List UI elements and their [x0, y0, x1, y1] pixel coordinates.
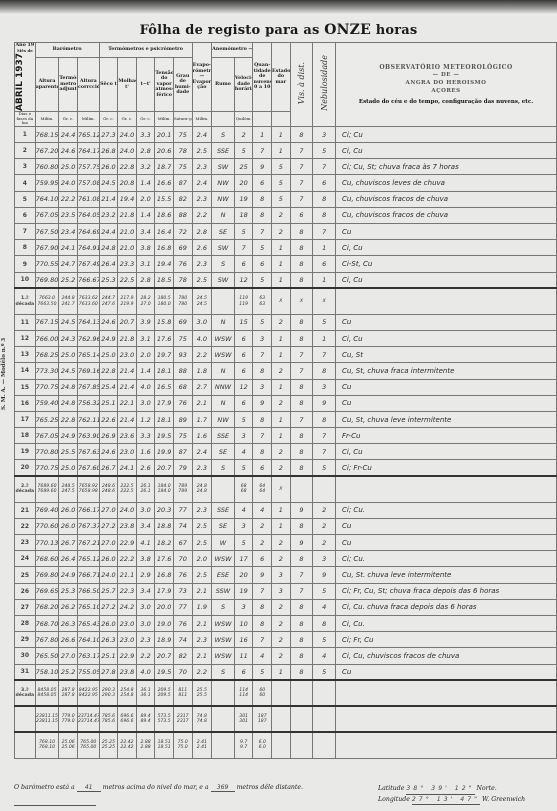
- summary-v1[interactable]: [290, 476, 313, 502]
- cell-corr[interactable]: 764.17: [77, 143, 99, 159]
- cell-clouds[interactable]: 2: [253, 535, 272, 551]
- cell-dry[interactable]: 27.8: [99, 664, 118, 680]
- cell-corr[interactable]: 761.08: [77, 191, 99, 207]
- observation-cell[interactable]: Ci, Cu: [336, 330, 557, 346]
- cell-v2[interactable]: 7: [313, 347, 336, 363]
- cell-tadj[interactable]: 25.2: [59, 272, 78, 288]
- cell-tadj[interactable]: 25.0: [59, 460, 78, 476]
- observation-cell[interactable]: Ci; Cu.: [336, 551, 557, 567]
- cell-dry[interactable]: 27.0: [99, 502, 118, 518]
- cell-hum[interactable]: 67: [173, 535, 192, 551]
- summary-evap[interactable]: 2.412.41: [192, 732, 212, 758]
- cell-clouds[interactable]: 5: [253, 314, 272, 330]
- cell-vel[interactable]: 20: [234, 567, 253, 583]
- observation-cell[interactable]: Cu, St, chuva leve intermitente: [336, 411, 557, 427]
- observation-cell[interactable]: Ci; Fr-Cu: [336, 460, 557, 476]
- cell-sea[interactable]: 1: [272, 272, 291, 288]
- summary-v1[interactable]: [290, 680, 313, 706]
- cell-sea[interactable]: 1: [272, 428, 291, 444]
- cell-vel[interactable]: 17: [234, 551, 253, 567]
- cell-v2[interactable]: 5: [313, 143, 336, 159]
- cell-v1[interactable]: 8: [290, 664, 313, 680]
- cell-alt[interactable]: 766.00: [35, 330, 59, 346]
- observation-cell[interactable]: Ci-St, Cu: [336, 256, 557, 272]
- cell-diff[interactable]: 3.4: [136, 583, 155, 599]
- cell-diff[interactable]: 4.0: [136, 664, 155, 680]
- cell-dir[interactable]: WSW: [212, 551, 235, 567]
- cell-v2[interactable]: 5: [313, 460, 336, 476]
- cell-dir[interactable]: SE: [212, 518, 235, 534]
- cell-evap[interactable]: 2.3: [192, 632, 212, 648]
- cell-v1[interactable]: 7: [290, 411, 313, 427]
- cell-tadj[interactable]: 27.0: [59, 648, 78, 664]
- cell-clouds[interactable]: 7: [253, 632, 272, 648]
- observation-cell[interactable]: Cu: [336, 314, 557, 330]
- summary-wet[interactable]: 222.5222.5: [118, 476, 137, 502]
- summary-v1[interactable]: [290, 706, 313, 732]
- cell-v1[interactable]: 7: [290, 347, 313, 363]
- cell-corr[interactable]: 769.16: [77, 363, 99, 379]
- cell-dry[interactable]: 24.5: [99, 175, 118, 191]
- cell-hum[interactable]: 79: [173, 460, 192, 476]
- cell-vel[interactable]: 15: [234, 314, 253, 330]
- summary-corr[interactable]: 7658.927658.98: [77, 476, 99, 502]
- summary-evap[interactable]: 25.525.5: [192, 680, 212, 706]
- observation-cell[interactable]: Ci, Cu: [336, 444, 557, 460]
- cell-v2[interactable]: 3: [313, 551, 336, 567]
- summary-v1[interactable]: [290, 732, 313, 758]
- observation-cell[interactable]: Cu: [336, 518, 557, 534]
- cell-diff[interactable]: 2.3: [136, 632, 155, 648]
- cell-tadj[interactable]: 24.1: [59, 240, 78, 256]
- cell-corr[interactable]: 767.60: [77, 460, 99, 476]
- cell-wet[interactable]: 21.0: [118, 224, 137, 240]
- cell-dir[interactable]: SSE: [212, 428, 235, 444]
- cell-vap[interactable]: 15.8: [155, 314, 174, 330]
- cell-diff[interactable]: 1.6: [136, 444, 155, 460]
- cell-vap[interactable]: 16.6: [155, 175, 174, 191]
- cell-corr[interactable]: 766.17: [77, 502, 99, 518]
- cell-corr[interactable]: 762.11: [77, 411, 99, 427]
- summary-dry[interactable]: 25.2525.25: [99, 732, 118, 758]
- cell-evap[interactable]: 2.3: [192, 256, 212, 272]
- cell-wet[interactable]: 21.8: [118, 330, 137, 346]
- cell-dir[interactable]: NNW: [212, 379, 235, 395]
- cell-sea[interactable]: 1: [272, 240, 291, 256]
- cell-diff[interactable]: 3.1: [136, 256, 155, 272]
- summary-dir[interactable]: [212, 680, 235, 706]
- cell-dir[interactable]: WSW: [212, 347, 235, 363]
- cell-sea[interactable]: 1: [272, 347, 291, 363]
- summary-diff[interactable]: 2.882.88: [136, 732, 155, 758]
- summary-hum[interactable]: 23172317: [173, 706, 192, 732]
- cell-corr[interactable]: 767.37: [77, 518, 99, 534]
- cell-alt[interactable]: 759.95: [35, 175, 59, 191]
- cell-vap[interactable]: 18.5: [155, 272, 174, 288]
- baro-distance-field[interactable]: 369: [211, 784, 235, 792]
- summary-clouds[interactable]: 6464: [253, 476, 272, 502]
- cell-alt[interactable]: 767.05: [35, 428, 59, 444]
- cell-evap[interactable]: 2.5: [192, 272, 212, 288]
- cell-tadj[interactable]: 25.3: [59, 583, 78, 599]
- cell-dry[interactable]: 24.6: [99, 444, 118, 460]
- cell-diff[interactable]: 3.2: [136, 159, 155, 175]
- cell-corr[interactable]: 767.49: [77, 256, 99, 272]
- summary-hum[interactable]: 811811: [173, 680, 192, 706]
- summary-clouds[interactable]: 6363: [253, 288, 272, 314]
- summary-vap[interactable]: 180.5180.0: [155, 288, 174, 314]
- cell-vap[interactable]: 18.6: [155, 207, 174, 223]
- baro-height-field[interactable]: 41: [77, 784, 101, 792]
- cell-clouds[interactable]: 6: [253, 551, 272, 567]
- cell-corr[interactable]: 764.10: [77, 632, 99, 648]
- cell-diff[interactable]: 2.2: [136, 648, 155, 664]
- cell-dry[interactable]: 25.3: [99, 272, 118, 288]
- cell-evap[interactable]: 1.7: [192, 411, 212, 427]
- cell-v1[interactable]: 8: [290, 648, 313, 664]
- cell-evap[interactable]: 4.0: [192, 330, 212, 346]
- observation-cell[interactable]: [336, 288, 557, 314]
- cell-wet[interactable]: 23.6: [118, 428, 137, 444]
- cell-vel[interactable]: 6: [234, 664, 253, 680]
- cell-vap[interactable]: 19.5: [155, 664, 174, 680]
- cell-alt[interactable]: 760.80: [35, 159, 59, 175]
- cell-dry[interactable]: 26.0: [99, 159, 118, 175]
- cell-dir[interactable]: SSE: [212, 502, 235, 518]
- summary-tadj[interactable]: 779.0779.0: [59, 706, 78, 732]
- cell-dry[interactable]: 22.8: [99, 363, 118, 379]
- cell-dir[interactable]: SSE: [212, 143, 235, 159]
- cell-sea[interactable]: 2: [272, 207, 291, 223]
- cell-v2[interactable]: 9: [313, 567, 336, 583]
- cell-diff[interactable]: 2.8: [136, 272, 155, 288]
- cell-clouds[interactable]: 7: [253, 224, 272, 240]
- cell-tadj[interactable]: 25.0: [59, 159, 78, 175]
- cell-hum[interactable]: 75: [173, 330, 192, 346]
- cell-clouds[interactable]: 7: [253, 428, 272, 444]
- cell-hum[interactable]: 76: [173, 395, 192, 411]
- cell-v1[interactable]: 8: [290, 314, 313, 330]
- cell-clouds[interactable]: 3: [253, 330, 272, 346]
- cell-clouds[interactable]: 7: [253, 583, 272, 599]
- cell-v1[interactable]: 8: [290, 330, 313, 346]
- summary-tadj[interactable]: 248.5247.5: [59, 476, 78, 502]
- cell-v1[interactable]: 8: [290, 126, 313, 142]
- cell-vap[interactable]: 18.8: [155, 518, 174, 534]
- cell-v1[interactable]: 9: [290, 535, 313, 551]
- observation-cell[interactable]: Cu: [336, 664, 557, 680]
- cell-dry[interactable]: 24.6: [99, 314, 118, 330]
- cell-evap[interactable]: 2.3: [192, 460, 212, 476]
- cell-diff[interactable]: 3.3: [136, 126, 155, 142]
- summary-hum[interactable]: 780780: [173, 288, 192, 314]
- summary-alt[interactable]: 23811.1523811.15: [35, 706, 59, 732]
- cell-vap[interactable]: 20.7: [155, 460, 174, 476]
- cell-v2[interactable]: 5: [313, 314, 336, 330]
- cell-evap[interactable]: 2.2: [192, 207, 212, 223]
- cell-corr[interactable]: 756.32: [77, 395, 99, 411]
- cell-dry[interactable]: 25.7: [99, 583, 118, 599]
- cell-alt[interactable]: 768.25: [35, 347, 59, 363]
- cell-tadj[interactable]: 24.4: [59, 126, 78, 142]
- cell-v1[interactable]: 8: [290, 632, 313, 648]
- cell-tadj[interactable]: 25.5: [59, 444, 78, 460]
- cell-wet[interactable]: 21.4: [118, 379, 137, 395]
- cell-dry[interactable]: 27.0: [99, 535, 118, 551]
- cell-tadj[interactable]: 26.6: [59, 632, 78, 648]
- cell-sea[interactable]: 2: [272, 648, 291, 664]
- cell-diff[interactable]: 3.8: [136, 551, 155, 567]
- summary-alt[interactable]: 7689.607689.60: [35, 476, 59, 502]
- cell-vap[interactable]: 19.5: [155, 428, 174, 444]
- cell-vap[interactable]: 16.5: [155, 379, 174, 395]
- cell-vap[interactable]: 20.1: [155, 126, 174, 142]
- cell-v2[interactable]: 3: [313, 379, 336, 395]
- cell-clouds[interactable]: 1: [253, 126, 272, 142]
- cell-wet[interactable]: 24.0: [118, 126, 137, 142]
- cell-evap[interactable]: 2.1: [192, 615, 212, 631]
- cell-v2[interactable]: 8: [313, 191, 336, 207]
- cell-alt[interactable]: 770.75: [35, 379, 59, 395]
- cell-wet[interactable]: 24.1: [118, 460, 137, 476]
- summary-v1[interactable]: X: [290, 288, 313, 314]
- cell-alt[interactable]: 770.55: [35, 256, 59, 272]
- cell-tadj[interactable]: 24.8: [59, 395, 78, 411]
- cell-v2[interactable]: 2: [313, 518, 336, 534]
- summary-vel[interactable]: 119119: [234, 288, 253, 314]
- cell-evap[interactable]: 2.1: [192, 583, 212, 599]
- cell-sea[interactable]: 5: [272, 159, 291, 175]
- cell-evap[interactable]: 1.8: [192, 363, 212, 379]
- cell-clouds[interactable]: 8: [253, 615, 272, 631]
- cell-alt[interactable]: 767.05: [35, 207, 59, 223]
- cell-v1[interactable]: 7: [290, 175, 313, 191]
- cell-diff[interactable]: 2.0: [136, 191, 155, 207]
- cell-hum[interactable]: 77: [173, 599, 192, 615]
- cell-evap[interactable]: 2.0: [192, 551, 212, 567]
- cell-sea[interactable]: 5: [272, 175, 291, 191]
- cell-v1[interactable]: 6: [290, 207, 313, 223]
- cell-v1[interactable]: 7: [290, 567, 313, 583]
- cell-evap[interactable]: 2.3: [192, 502, 212, 518]
- cell-hum[interactable]: 87: [173, 444, 192, 460]
- cell-v2[interactable]: 5: [313, 583, 336, 599]
- summary-hum[interactable]: 75.075.0: [173, 732, 192, 758]
- cell-evap[interactable]: 2.4: [192, 126, 212, 142]
- cell-sea[interactable]: 1: [272, 502, 291, 518]
- cell-tadj[interactable]: 24.7: [59, 256, 78, 272]
- cell-hum[interactable]: 75: [173, 126, 192, 142]
- cell-vap[interactable]: 19.9: [155, 444, 174, 460]
- cell-vel[interactable]: 20: [234, 175, 253, 191]
- cell-dry[interactable]: 24.9: [99, 330, 118, 346]
- cell-vel[interactable]: 3: [234, 518, 253, 534]
- cell-vap[interactable]: 18.9: [155, 632, 174, 648]
- summary-v2[interactable]: [313, 680, 336, 706]
- cell-hum[interactable]: 76: [173, 256, 192, 272]
- cell-v2[interactable]: 2: [313, 535, 336, 551]
- cell-dry[interactable]: 24.4: [99, 224, 118, 240]
- cell-vel[interactable]: 12: [234, 379, 253, 395]
- cell-vel[interactable]: 4: [234, 502, 253, 518]
- cell-diff[interactable]: 3.4: [136, 224, 155, 240]
- summary-sea[interactable]: X: [272, 288, 291, 314]
- cell-v1[interactable]: 7: [290, 191, 313, 207]
- cell-dir[interactable]: WSW: [212, 648, 235, 664]
- cell-evap[interactable]: 2.4: [192, 175, 212, 191]
- cell-v2[interactable]: 4: [313, 648, 336, 664]
- cell-v1[interactable]: 9: [290, 502, 313, 518]
- cell-corr[interactable]: 757.75: [77, 159, 99, 175]
- cell-tadj[interactable]: 24.5: [59, 363, 78, 379]
- cell-hum[interactable]: 87: [173, 175, 192, 191]
- cell-evap[interactable]: 2.7: [192, 379, 212, 395]
- cell-alt[interactable]: 770.13: [35, 535, 59, 551]
- cell-alt[interactable]: 769.80: [35, 272, 59, 288]
- cell-vap[interactable]: 15.5: [155, 191, 174, 207]
- cell-corr[interactable]: 765.10: [77, 599, 99, 615]
- summary-dry[interactable]: 290.3290.3: [99, 680, 118, 706]
- summary-wet[interactable]: 696.6696.6: [118, 706, 137, 732]
- cell-diff[interactable]: 1.4: [136, 363, 155, 379]
- summary-clouds[interactable]: 187187: [253, 706, 272, 732]
- cell-v2[interactable]: 5: [313, 664, 336, 680]
- cell-sea[interactable]: 1: [272, 143, 291, 159]
- cell-vel[interactable]: 6: [234, 363, 253, 379]
- cell-v1[interactable]: 8: [290, 224, 313, 240]
- cell-sea[interactable]: 2: [272, 314, 291, 330]
- cell-dry[interactable]: 27.3: [99, 126, 118, 142]
- cell-wet[interactable]: 20.7: [118, 314, 137, 330]
- cell-dir[interactable]: SE: [212, 444, 235, 460]
- cell-v1[interactable]: 8: [290, 551, 313, 567]
- cell-diff[interactable]: 2.8: [136, 143, 155, 159]
- summary-vel[interactable]: 6868: [234, 476, 253, 502]
- summary-sea[interactable]: X: [272, 476, 291, 502]
- cell-wet[interactable]: 22.5: [118, 272, 137, 288]
- cell-wet[interactable]: 23.8: [118, 664, 137, 680]
- cell-clouds[interactable]: 6: [253, 460, 272, 476]
- cell-evap[interactable]: 2.8: [192, 224, 212, 240]
- cell-dir[interactable]: N: [212, 363, 235, 379]
- cell-tadj[interactable]: 26.7: [59, 535, 78, 551]
- cell-sea[interactable]: 2: [272, 632, 291, 648]
- cell-dry[interactable]: 26.8: [99, 143, 118, 159]
- cell-wet[interactable]: 23.0: [118, 615, 137, 631]
- cell-v1[interactable]: 7: [290, 583, 313, 599]
- cell-evap[interactable]: 2.4: [192, 444, 212, 460]
- cell-vap[interactable]: 20.0: [155, 599, 174, 615]
- cell-vel[interactable]: 5: [234, 143, 253, 159]
- cell-v1[interactable]: 8: [290, 428, 313, 444]
- cell-dir[interactable]: S: [212, 256, 235, 272]
- observation-cell[interactable]: Ci, Cu: [336, 272, 557, 288]
- cell-vap[interactable]: 19.7: [155, 347, 174, 363]
- cell-hum[interactable]: 74: [173, 632, 192, 648]
- cell-clouds[interactable]: 2: [253, 518, 272, 534]
- summary-clouds[interactable]: 6060: [253, 680, 272, 706]
- cell-alt[interactable]: 765.50: [35, 648, 59, 664]
- cell-vel[interactable]: 4: [234, 444, 253, 460]
- cell-v1[interactable]: 8: [290, 272, 313, 288]
- cell-vel[interactable]: 6: [234, 330, 253, 346]
- cell-hum[interactable]: 78: [173, 143, 192, 159]
- cell-diff[interactable]: 1.4: [136, 175, 155, 191]
- summary-evap[interactable]: 24.524.5: [192, 288, 212, 314]
- lat-field[interactable]: 38° 39' 12": [406, 784, 474, 795]
- observation-cell[interactable]: Ci; Cu: [336, 126, 557, 142]
- cell-alt[interactable]: 770.80: [35, 444, 59, 460]
- observation-cell[interactable]: Ci; Cu, St; chuva fraca às 7 horas: [336, 159, 557, 175]
- cell-corr[interactable]: 763.17: [77, 648, 99, 664]
- cell-clouds[interactable]: 8: [253, 191, 272, 207]
- summary-diff[interactable]: 26.126.1: [136, 476, 155, 502]
- observation-cell[interactable]: Cu, chuviscos fracos de chuva: [336, 207, 557, 223]
- cell-diff[interactable]: 2.0: [136, 347, 155, 363]
- cell-corr[interactable]: 767.21: [77, 535, 99, 551]
- cell-hum[interactable]: 68: [173, 379, 192, 395]
- cell-wet[interactable]: 24.0: [118, 143, 137, 159]
- observation-cell[interactable]: Ci, Cu.: [336, 615, 557, 631]
- cell-vel[interactable]: 19: [234, 191, 253, 207]
- summary-v2[interactable]: [313, 732, 336, 758]
- cell-dry[interactable]: 25.4: [99, 379, 118, 395]
- summary-evap[interactable]: 24.824.8: [192, 476, 212, 502]
- cell-corr[interactable]: 766.50: [77, 583, 99, 599]
- cell-hum[interactable]: 75: [173, 428, 192, 444]
- cell-wet[interactable]: 22.8: [118, 159, 137, 175]
- cell-dir[interactable]: S: [212, 126, 235, 142]
- cell-tadj[interactable]: 24.3: [59, 330, 78, 346]
- cell-evap[interactable]: 2.2: [192, 664, 212, 680]
- cell-v2[interactable]: 8: [313, 207, 336, 223]
- cell-clouds[interactable]: 9: [253, 159, 272, 175]
- cell-corr[interactable]: 762.96: [77, 330, 99, 346]
- summary-wet[interactable]: 217.9219.9: [118, 288, 137, 314]
- cell-corr[interactable]: 767.85: [77, 379, 99, 395]
- observation-cell[interactable]: Cu, St. chuva leve intermitente: [336, 567, 557, 583]
- cell-alt[interactable]: 767.80: [35, 632, 59, 648]
- cell-clouds[interactable]: 9: [253, 567, 272, 583]
- cell-v1[interactable]: 7: [290, 143, 313, 159]
- cell-hum[interactable]: 73: [173, 583, 192, 599]
- cell-evap[interactable]: 2.3: [192, 159, 212, 175]
- cell-vel[interactable]: 6: [234, 347, 253, 363]
- cell-sea[interactable]: 2: [272, 363, 291, 379]
- cell-dry[interactable]: 26.4: [99, 256, 118, 272]
- cell-clouds[interactable]: 6: [253, 175, 272, 191]
- cell-v1[interactable]: 8: [290, 460, 313, 476]
- cell-wet[interactable]: 22.1: [118, 395, 137, 411]
- cell-vel[interactable]: 3: [234, 599, 253, 615]
- cell-alt[interactable]: 764.10: [35, 191, 59, 207]
- cell-diff[interactable]: 1.4: [136, 207, 155, 223]
- cell-sea[interactable]: 2: [272, 444, 291, 460]
- summary-vap[interactable]: 573.5573.5: [155, 706, 174, 732]
- observation-cell[interactable]: Cu: [336, 535, 557, 551]
- cell-vap[interactable]: 17.6: [155, 551, 174, 567]
- observation-cell[interactable]: Ci; Fr, Cu: [336, 632, 557, 648]
- cell-wet[interactable]: 22.9: [118, 535, 137, 551]
- summary-dry[interactable]: 248.6248.6: [99, 476, 118, 502]
- cell-corr[interactable]: 765.12: [77, 551, 99, 567]
- cell-vel[interactable]: 6: [234, 395, 253, 411]
- cell-corr[interactable]: 765.12: [77, 126, 99, 142]
- cell-corr[interactable]: 765.14: [77, 347, 99, 363]
- summary-vap[interactable]: 184.0184.0: [155, 476, 174, 502]
- summary-tadj[interactable]: 25.0625.06: [59, 732, 78, 758]
- cell-evap[interactable]: 2.6: [192, 240, 212, 256]
